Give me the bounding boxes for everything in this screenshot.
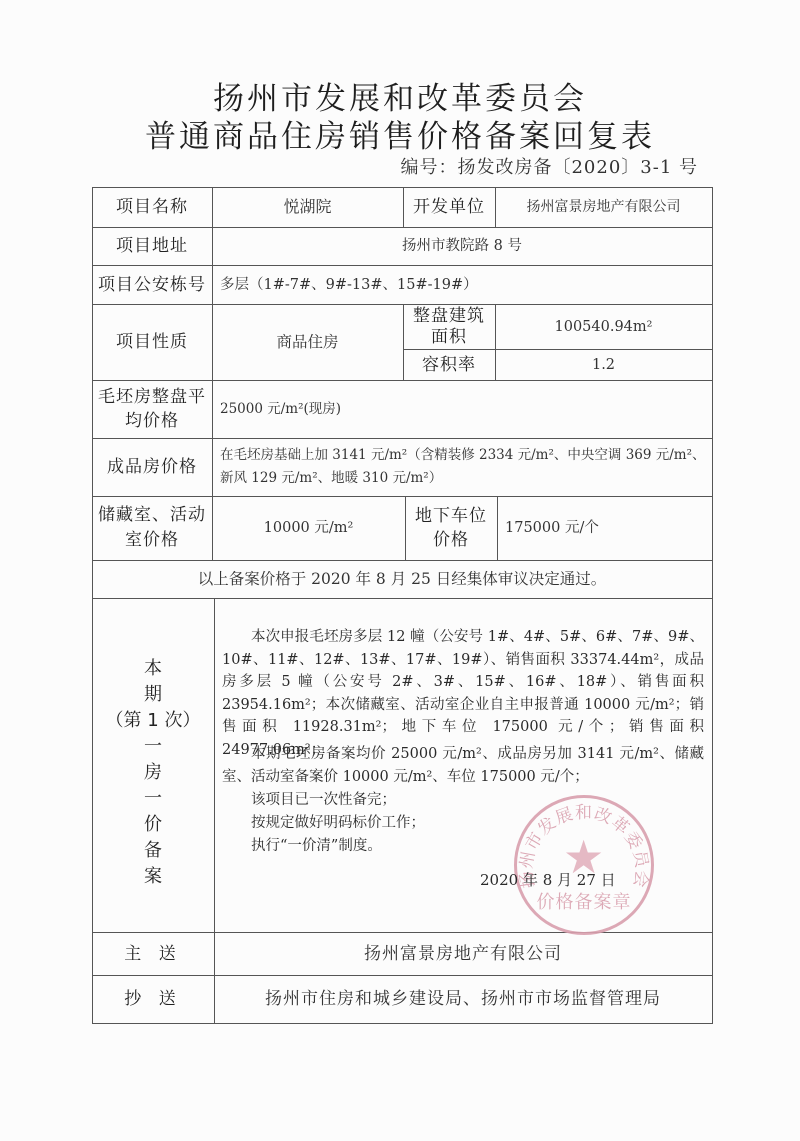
filing-label-char: 案: [92, 864, 214, 890]
filing-label-char: 房: [92, 760, 214, 786]
filing-label-char: （第 1 次）: [92, 708, 214, 734]
filing-label-char: 一: [92, 786, 214, 812]
developer-value: 扬州富景房地产有限公司: [495, 187, 712, 227]
address-value: 扬州市教院路 8 号: [212, 227, 712, 265]
cc-value: 扬州市住房和城乡建设局、扬州市市场监督管理局: [214, 975, 712, 1023]
nature-label: 项目性质: [92, 304, 212, 380]
plot-ratio-value: 1.2: [495, 349, 712, 380]
rough-price-value: 25000 元/m²(现房): [212, 380, 712, 438]
filing-section-label: 本 期 （第 1 次） 一 房 一 价 备 案: [92, 656, 214, 890]
official-seal: 扬州市发展和改革委员会 ★ 价格备案章: [514, 795, 654, 935]
plot-ratio-label: 容积率: [403, 349, 495, 380]
cc-label: 抄 送: [92, 975, 214, 1023]
filing-label-char: 本: [92, 656, 214, 682]
filing-date: 2020 年 8 月 27 日: [480, 869, 660, 892]
parking-price-value: 175000 元/个: [497, 496, 712, 560]
filing-label-char: 一: [92, 734, 214, 760]
main-recipient-value: 扬州富景房地产有限公司: [214, 932, 712, 975]
storage-price-label: 储藏室、活动室价格: [98, 496, 206, 560]
document-number: 编号：扬发改房备〔2020〕3-1 号: [400, 153, 698, 179]
storage-price-value: 10000 元/m²: [212, 496, 405, 560]
filing-paragraph-1: 本次申报毛坯房多层 12 幢（公安号 1#、4#、5#、6#、7#、9#、10#…: [222, 626, 704, 761]
rough-price-label: 毛坯房整盘平均价格: [98, 380, 206, 438]
filing-label-char: 期: [92, 682, 214, 708]
total-area-label: 整盘建筑面积: [413, 304, 485, 349]
total-area-value: 100540.94m²: [495, 304, 712, 349]
project-name-value: 悦湖院: [212, 187, 403, 227]
seal-bottom-text: 价格备案章: [517, 888, 651, 914]
finished-price-label: 成品房价格: [92, 438, 212, 496]
building-no-value: 多层（1#-7#、9#-13#、15#-19#）: [212, 265, 712, 304]
document-title-line2: 普通商品住房销售价格备案回复表: [0, 111, 800, 156]
filing-label-char: 价: [92, 812, 214, 838]
building-no-label: 项目公安栋号: [92, 265, 212, 304]
developer-label: 开发单位: [403, 187, 495, 227]
main-recipient-label: 主 送: [92, 932, 214, 975]
address-label: 项目地址: [92, 227, 212, 265]
approval-note: 以上备案价格于 2020 年 8 月 25 日经集体审议决定通过。: [92, 560, 712, 598]
nature-value: 商品住房: [212, 304, 403, 380]
filing-paragraph-2: 本期毛坯房备案均价 25000 元/m²、成品房另加 3141 元/m²、储藏室…: [222, 743, 704, 788]
finished-price-value: 在毛坯房基础上加 3141 元/m²（含精装修 2334 元/m²、中央空调 3…: [212, 438, 712, 496]
project-name-label: 项目名称: [92, 187, 212, 227]
parking-price-label: 地下车位价格: [415, 496, 487, 560]
filing-label-char: 备: [92, 838, 214, 864]
